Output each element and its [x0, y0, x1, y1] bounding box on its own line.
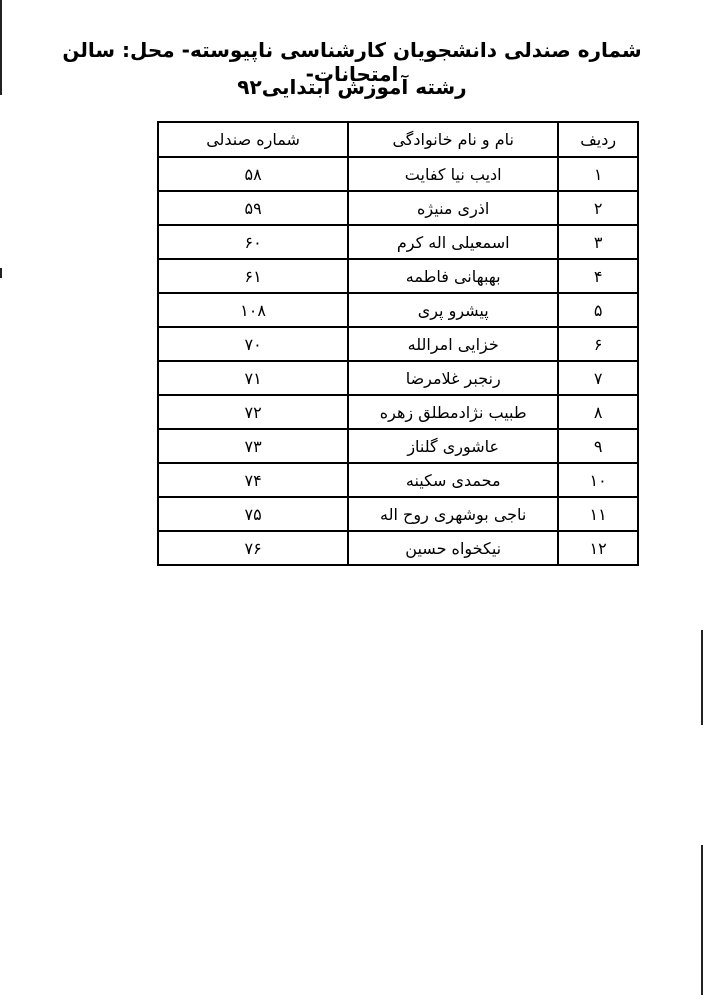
row-number: ۴	[558, 259, 638, 293]
table-row: ۱۱ناجی بوشهری روح اله۷۵	[158, 497, 638, 531]
table-row: ۸طبیب نژادمطلق زهره۷۲	[158, 395, 638, 429]
student-name: نیکخواه حسین	[348, 531, 558, 565]
seat-number: ۷۴	[158, 463, 348, 497]
row-number: ۱۱	[558, 497, 638, 531]
table-row: ۶خزایی امرالله۷۰	[158, 327, 638, 361]
student-name: عاشوری گلناز	[348, 429, 558, 463]
row-number: ۶	[558, 327, 638, 361]
table-row: ۴بهبهانی فاطمه۶۱	[158, 259, 638, 293]
student-name: اذری منیژه	[348, 191, 558, 225]
scan-edge-mark	[701, 630, 703, 725]
student-name: طبیب نژادمطلق زهره	[348, 395, 558, 429]
seat-number: ۷۱	[158, 361, 348, 395]
seat-number: ۱۰۸	[158, 293, 348, 327]
row-number: ۷	[558, 361, 638, 395]
table-row: ۷رنجبر غلامرضا۷۱	[158, 361, 638, 395]
student-name: اسمعیلی اله کرم	[348, 225, 558, 259]
student-name: بهبهانی فاطمه	[348, 259, 558, 293]
row-number: ۹	[558, 429, 638, 463]
seat-number: ۷۵	[158, 497, 348, 531]
seat-number: ۶۱	[158, 259, 348, 293]
seat-number: ۷۳	[158, 429, 348, 463]
row-number: ۲	[558, 191, 638, 225]
student-name: پیشرو پری	[348, 293, 558, 327]
header-row-number: ردیف	[558, 122, 638, 157]
seat-number: ۵۸	[158, 157, 348, 191]
student-name: محمدی سکینه	[348, 463, 558, 497]
scan-edge-mark	[0, 0, 2, 95]
scan-edge-mark	[0, 268, 2, 278]
table-header-row: ردیف نام و نام خانوادگی شماره صندلی	[158, 122, 638, 157]
header-full-name: نام و نام خانوادگی	[348, 122, 558, 157]
table-row: ۱۲نیکخواه حسین۷۶	[158, 531, 638, 565]
row-number: ۱۲	[558, 531, 638, 565]
document-subtitle: رشته آموزش ابتدایی۹۲	[60, 75, 644, 99]
row-number: ۱۰	[558, 463, 638, 497]
row-number: ۳	[558, 225, 638, 259]
seat-assignment-table: ردیف نام و نام خانوادگی شماره صندلی ۱ادی…	[157, 121, 639, 566]
seat-number: ۵۹	[158, 191, 348, 225]
row-number: ۱	[558, 157, 638, 191]
table-row: ۳اسمعیلی اله کرم۶۰	[158, 225, 638, 259]
student-name: ادیب نیا کفایت	[348, 157, 558, 191]
seat-number: ۷۲	[158, 395, 348, 429]
table-row: ۱ادیب نیا کفایت۵۸	[158, 157, 638, 191]
seat-number: ۷۰	[158, 327, 348, 361]
seat-number: ۶۰	[158, 225, 348, 259]
row-number: ۵	[558, 293, 638, 327]
table-row: ۹عاشوری گلناز۷۳	[158, 429, 638, 463]
table-row: ۱۰محمدی سکینه۷۴	[158, 463, 638, 497]
row-number: ۸	[558, 395, 638, 429]
header-seat-number: شماره صندلی	[158, 122, 348, 157]
table-row: ۵پیشرو پری۱۰۸	[158, 293, 638, 327]
table-row: ۲اذری منیژه۵۹	[158, 191, 638, 225]
seat-number: ۷۶	[158, 531, 348, 565]
student-name: خزایی امرالله	[348, 327, 558, 361]
student-name: ناجی بوشهری روح اله	[348, 497, 558, 531]
scan-edge-mark	[701, 845, 703, 995]
student-name: رنجبر غلامرضا	[348, 361, 558, 395]
